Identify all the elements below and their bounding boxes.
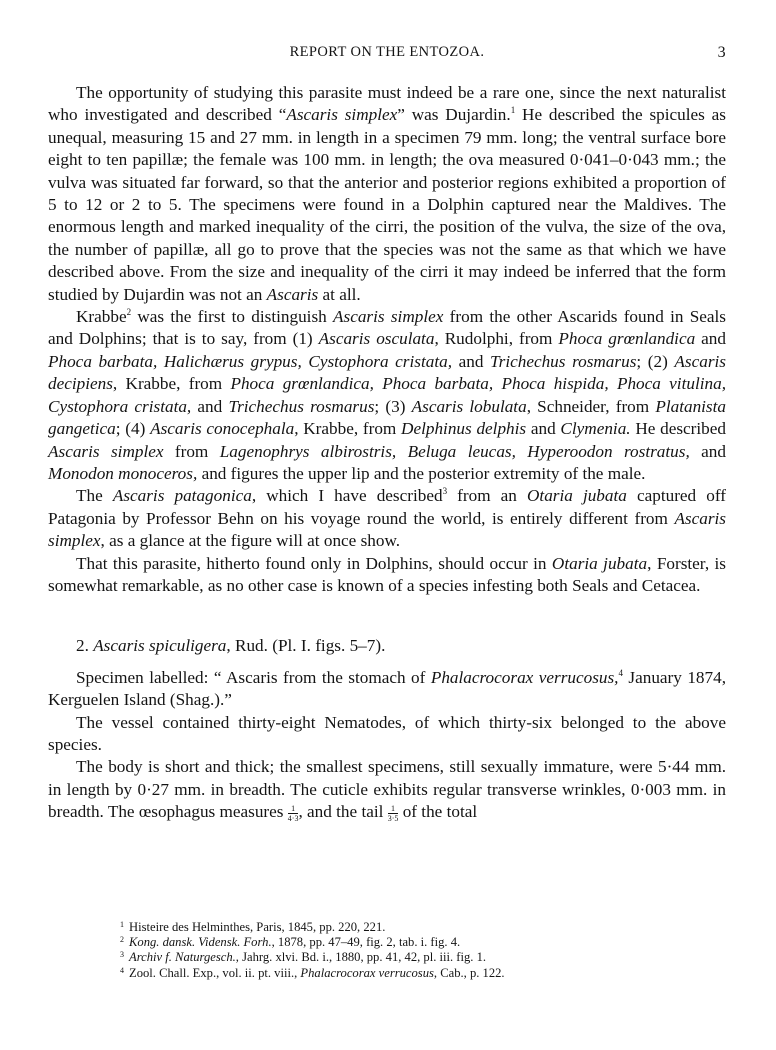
footnote-2: 2Kong. dansk. Vidensk. Forh., 1878, pp. …	[120, 935, 640, 950]
body-text: The opportunity of studying this parasit…	[48, 82, 726, 824]
running-title: REPORT ON THE ENTOZOA.	[48, 44, 726, 61]
footnote-1: 1Histeire des Helminthes, Paris, 1845, p…	[120, 920, 640, 935]
paragraph-krabbe: Krabbe2 was the first to distinguish Asc…	[48, 306, 726, 485]
section-number: 2.	[76, 636, 93, 655]
paragraph-dujardin: The opportunity of studying this parasit…	[48, 82, 726, 306]
section-heading: 2. Ascaris spiculigera, Rud. (Pl. I. fig…	[48, 635, 726, 657]
footnote-3: 3Archiv f. Naturgesch., Jahrg. xlvi. Bd.…	[120, 950, 640, 965]
footnotes: 1Histeire des Helminthes, Paris, 1845, p…	[120, 920, 640, 981]
fraction-oesophagus: 14·3	[288, 804, 299, 823]
running-header: REPORT ON THE ENTOZOA. 3	[48, 44, 726, 66]
paragraph-patagonica: The Ascaris patagonica, which I have des…	[48, 485, 726, 552]
paragraph-vessel: The vessel contained thirty-eight Nemato…	[48, 712, 726, 757]
paragraph-body-description: The body is short and thick; the smalles…	[48, 756, 726, 823]
footnote-4: 4Zool. Chall. Exp., vol. ii. pt. viii., …	[120, 966, 640, 981]
fraction-tail: 13·5	[388, 804, 399, 823]
page-number: 3	[718, 44, 726, 62]
paragraph-specimen-label: Specimen labelled: “ Ascaris from the st…	[48, 667, 726, 712]
section-species: Ascaris spiculigera	[93, 636, 226, 655]
paragraph-otaria: That this parasite, hitherto found only …	[48, 553, 726, 598]
